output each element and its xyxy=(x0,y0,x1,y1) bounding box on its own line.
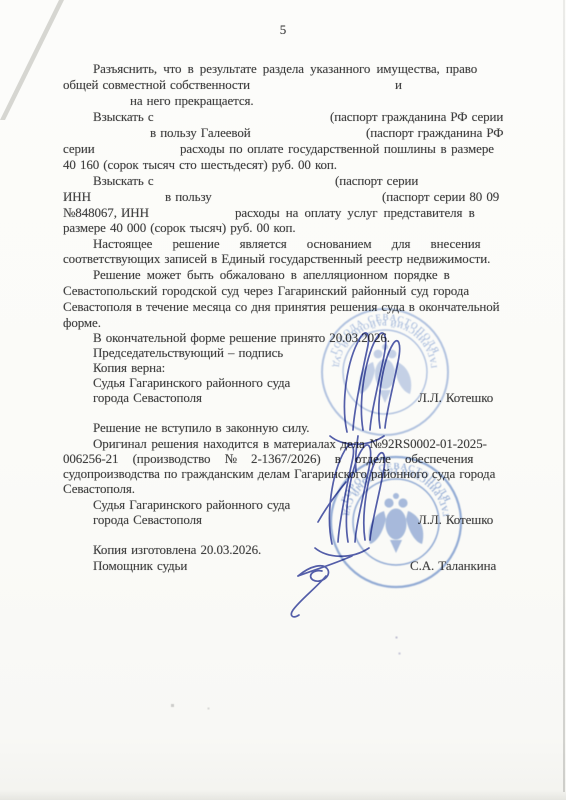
signatures-overlay xyxy=(0,0,566,800)
scanned-court-document-page: 5 Разъяснить, что в результате раздела у… xyxy=(0,0,566,800)
assistant-signature xyxy=(291,556,352,617)
judge-signature-lower xyxy=(315,445,385,556)
judge-signature-upper xyxy=(330,333,400,472)
